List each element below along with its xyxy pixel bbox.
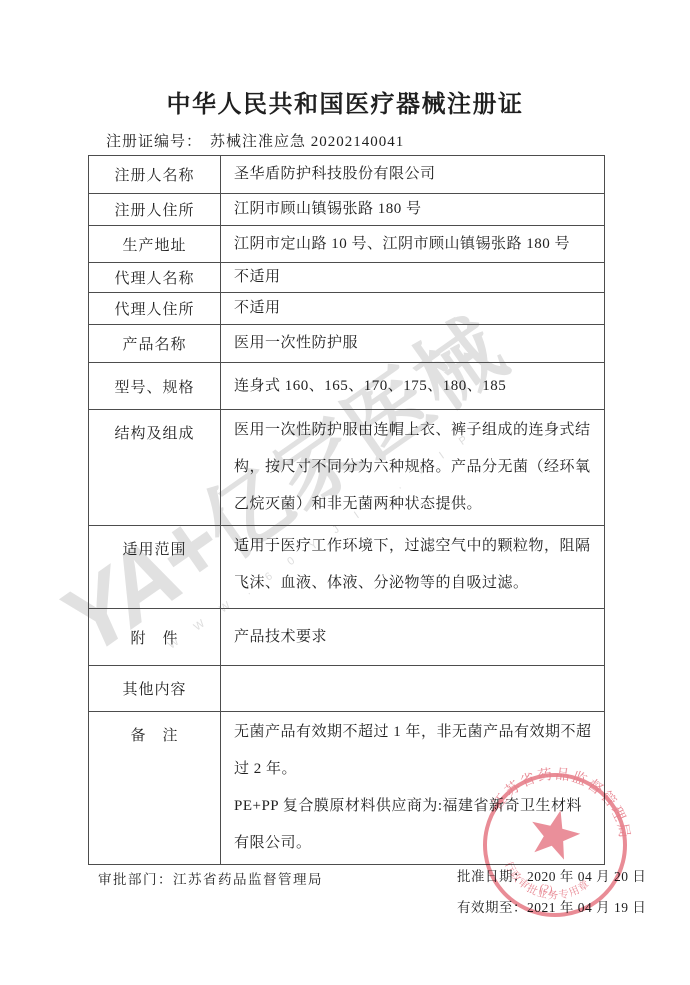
row-label: 代理人名称 bbox=[89, 263, 221, 292]
page-title: 中华人民共和国医疗器械注册证 bbox=[0, 84, 690, 119]
approval-department-line: 审批部门：江苏省药品监督管理局 bbox=[98, 868, 323, 888]
row-value-text: 产品技术要求 bbox=[234, 627, 594, 648]
row-label: 注册人名称 bbox=[89, 156, 221, 193]
row-label: 附 件 bbox=[89, 609, 221, 665]
remarks-paragraph-2: PE+PP 复合膜原材料供应商为:福建省新奇卫生材料有限公司。 bbox=[234, 788, 594, 862]
table-row-intended-use: 适用范围 适用于医疗工作环境下，过滤空气中的颗粒物，阻隔飞沫、血液、体液、分泌物… bbox=[89, 525, 604, 608]
row-value: 江阴市定山路 10 号、江阴市顾山镇锡张路 180 号 bbox=[221, 226, 604, 262]
row-value: 不适用 bbox=[221, 263, 604, 292]
approval-date-label: 批准日期： bbox=[457, 869, 527, 884]
registration-number-label: 注册证编号： bbox=[106, 134, 202, 150]
registration-number-line: 注册证编号：苏械注准应急 20202140041 bbox=[106, 130, 404, 151]
row-value: 连身式 160、165、170、175、180、185 bbox=[221, 363, 604, 409]
row-value: 圣华盾防护科技股份有限公司 bbox=[221, 156, 604, 193]
row-value: 产品技术要求 bbox=[221, 609, 604, 665]
row-label: 型号、规格 bbox=[89, 363, 221, 409]
approval-date-value: 2020 年 04 月 20 日 bbox=[527, 869, 646, 884]
remarks-paragraph-1: 无菌产品有效期不超过 1 年，非无菌产品有效期不超过 2 年。 bbox=[234, 714, 594, 788]
certificate-table: 注册人名称 圣华盾防护科技股份有限公司 注册人住所 江阴市顾山镇锡张路 180 … bbox=[88, 155, 605, 865]
row-value-text: 不适用 bbox=[234, 267, 594, 288]
row-value-text: 江阴市定山路 10 号、江阴市顾山镇锡张路 180 号 bbox=[234, 234, 594, 255]
row-value: 不适用 bbox=[221, 293, 604, 324]
table-row-remarks: 备 注 无菌产品有效期不超过 1 年，非无菌产品有效期不超过 2 年。 PE+P… bbox=[89, 711, 604, 864]
approval-date-line: 批准日期：2020 年 04 月 20 日 bbox=[457, 868, 646, 886]
row-value-text: 连身式 160、165、170、175、180、185 bbox=[234, 376, 594, 397]
table-row-model-spec: 型号、规格 连身式 160、165、170、175、180、185 bbox=[89, 362, 604, 409]
table-row-registrant-address: 注册人住所 江阴市顾山镇锡张路 180 号 bbox=[89, 193, 604, 225]
row-value: 适用于医疗工作环境下，过滤空气中的颗粒物，阻隔飞沫、血液、体液、分泌物等的自吸过… bbox=[221, 526, 604, 608]
row-value-text: 适用于医疗工作环境下，过滤空气中的颗粒物，阻隔飞沫、血液、体液、分泌物等的自吸过… bbox=[234, 528, 594, 602]
row-value-text: 圣华盾防护科技股份有限公司 bbox=[234, 164, 594, 185]
row-label: 生产地址 bbox=[89, 226, 221, 262]
dates-block: 批准日期：2020 年 04 月 20 日 有效期至：2021 年 04 月 1… bbox=[457, 868, 646, 930]
row-value-text: 医用一次性防护服由连帽上衣、裤子组成的连身式结构，按尺寸不同分为六种规格。产品分… bbox=[234, 412, 594, 523]
row-label: 产品名称 bbox=[89, 325, 221, 362]
row-value: 医用一次性防护服 bbox=[221, 325, 604, 362]
row-value: 医用一次性防护服由连帽上衣、裤子组成的连身式结构，按尺寸不同分为六种规格。产品分… bbox=[221, 410, 604, 525]
row-label: 备 注 bbox=[89, 712, 221, 864]
certificate-page: YA+亿家医械 W W W . 6 0 Y J I A . V I P 中华人民… bbox=[0, 0, 690, 985]
row-label: 适用范围 bbox=[89, 526, 221, 608]
valid-until-value: 2021 年 04 月 19 日 bbox=[527, 900, 646, 915]
row-label: 结构及组成 bbox=[89, 410, 221, 525]
valid-until-line: 有效期至：2021 年 04 月 19 日 bbox=[457, 899, 646, 917]
approval-department-value: 江苏省药品监督管理局 bbox=[173, 872, 323, 887]
row-label: 代理人住所 bbox=[89, 293, 221, 324]
row-value bbox=[221, 666, 604, 711]
row-label: 注册人住所 bbox=[89, 194, 221, 225]
row-value-text: 医用一次性防护服 bbox=[234, 333, 594, 354]
registration-number-value: 苏械注准应急 20202140041 bbox=[210, 134, 404, 150]
valid-until-label: 有效期至： bbox=[457, 900, 527, 915]
table-row-attachment: 附 件 产品技术要求 bbox=[89, 608, 604, 665]
table-row-registrant-name: 注册人名称 圣华盾防护科技股份有限公司 bbox=[89, 156, 604, 193]
table-row-other-content: 其他内容 bbox=[89, 665, 604, 711]
table-row-structure-composition: 结构及组成 医用一次性防护服由连帽上衣、裤子组成的连身式结构，按尺寸不同分为六种… bbox=[89, 409, 604, 525]
table-row-agent-address: 代理人住所 不适用 bbox=[89, 292, 604, 324]
row-value-text: 不适用 bbox=[234, 298, 594, 319]
row-value: 无菌产品有效期不超过 1 年，非无菌产品有效期不超过 2 年。 PE+PP 复合… bbox=[221, 712, 604, 864]
table-row-production-address: 生产地址 江阴市定山路 10 号、江阴市顾山镇锡张路 180 号 bbox=[89, 225, 604, 262]
approval-department-label: 审批部门： bbox=[98, 872, 173, 887]
table-row-agent-name: 代理人名称 不适用 bbox=[89, 262, 604, 292]
row-value: 江阴市顾山镇锡张路 180 号 bbox=[221, 194, 604, 225]
row-label: 其他内容 bbox=[89, 666, 221, 711]
table-row-product-name: 产品名称 医用一次性防护服 bbox=[89, 324, 604, 362]
row-value-text: 江阴市顾山镇锡张路 180 号 bbox=[234, 199, 594, 220]
